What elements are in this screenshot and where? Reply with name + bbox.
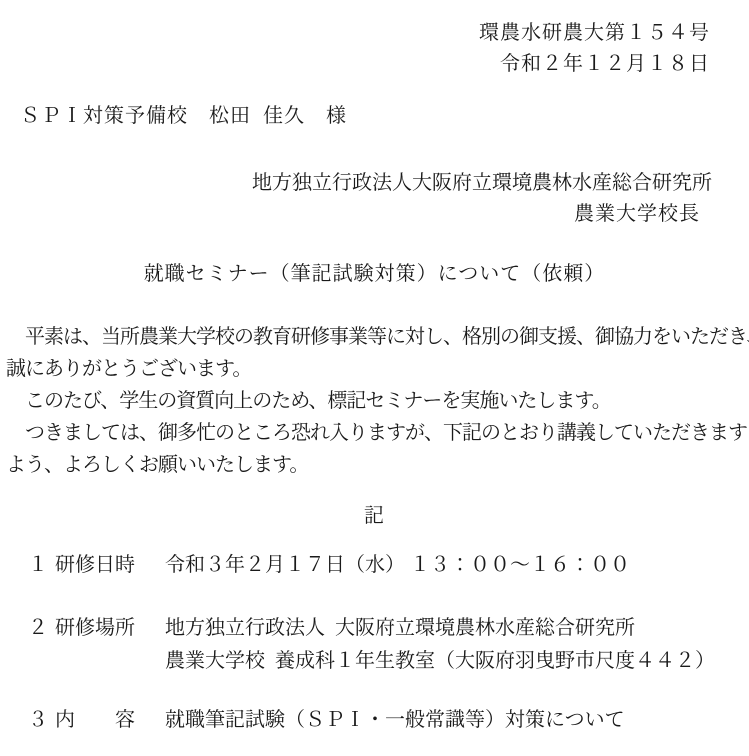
item-content-line: 就職筆記試験（ＳＰＩ・一般常識等）対策について (165, 704, 749, 737)
item-content-line: 地方独立行政法人 大阪府立環境農林水産総合研究所 (165, 612, 749, 645)
item-number: ３ (28, 704, 55, 737)
item-label: 内 容 (55, 704, 165, 737)
issue-date: 令和２年１２月１８日 (500, 52, 710, 76)
addressee-line: ＳＰＩ対策予備校 松田 佳久 様 (20, 104, 347, 128)
letter-page: 環農水研農大第１５４号 令和２年１２月１８日 ＳＰＩ対策予備校 松田 佳久 様 … (0, 0, 749, 756)
item-content: 地方独立行政法人 大阪府立環境農林水産総合研究所 農業大学校 養成科１年生教室（… (165, 612, 749, 678)
item-topic: ３ 内 容 就職筆記試験（ＳＰＩ・一般常識等）対策について (0, 704, 749, 737)
item-schedule: １ 研修日時 令和３年２月１７日（水） １３：００～１６：００ (0, 549, 749, 582)
item-label: 研修場所 (55, 612, 165, 645)
document-number: 環農水研農大第１５４号 (479, 21, 710, 45)
body-line: 平素は、当所農業大学校の教育研修事業等に対し、格別の御支援、御協力をいただき、 (6, 321, 749, 353)
item-number: ２ (28, 612, 55, 645)
body-line: つきましては、御多忙のところ恐れ入りますが、下記のとおり講義していただきます (6, 417, 749, 449)
subject-line: 就職セミナー（筆記試験対策）について（依頼） (0, 257, 749, 286)
item-content-line: 農業大学校 養成科１年生教室（大阪府羽曳野市尺度４４２） (165, 645, 749, 678)
sender-organization: 地方独立行政法人大阪府立環境農林水産総合研究所 (252, 171, 712, 195)
body-line: よう、よろしくお願いいたします。 (6, 449, 749, 481)
record-marker: 記 (0, 499, 749, 528)
item-content-line: 令和３年２月１７日（水） １３：００～１６：００ (165, 549, 749, 582)
body-paragraphs: 平素は、当所農業大学校の教育研修事業等に対し、格別の御支援、御協力をいただき、 … (6, 321, 749, 481)
item-content: 就職筆記試験（ＳＰＩ・一般常識等）対策について (165, 704, 749, 737)
item-number: １ (28, 549, 55, 582)
sender-title: 農業大学校長 (574, 202, 700, 226)
body-line: 誠にありがとうございます。 (6, 353, 749, 385)
item-content: 令和３年２月１７日（水） １３：００～１６：００ (165, 549, 749, 582)
item-label: 研修日時 (55, 549, 165, 582)
body-line: このたび、学生の資質向上のため、標記セミナーを実施いたします。 (6, 385, 749, 417)
item-venue: ２ 研修場所 地方独立行政法人 大阪府立環境農林水産総合研究所 農業大学校 養成… (0, 612, 749, 678)
